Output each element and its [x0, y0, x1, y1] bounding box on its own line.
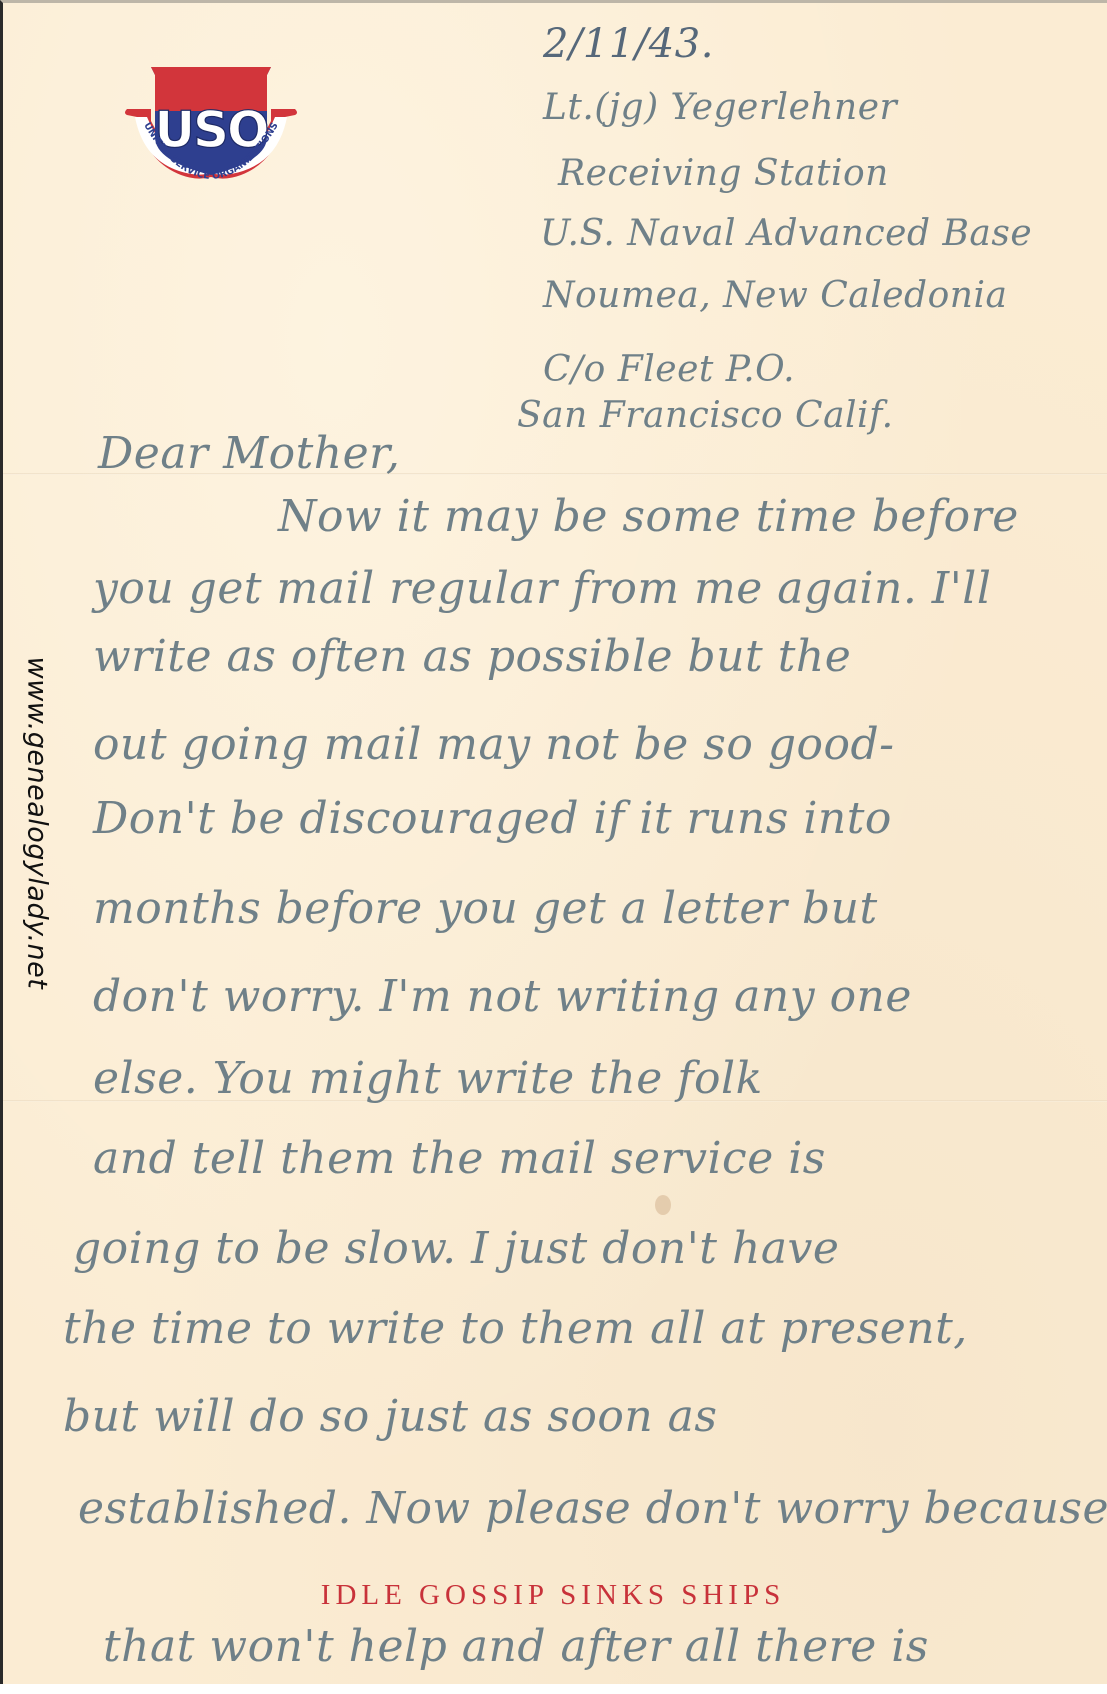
address-line: U.S. Naval Advanced Base — [540, 213, 1032, 254]
body-line: months before you get a letter but — [93, 883, 878, 934]
body-line: out going mail may not be so good- — [93, 719, 895, 770]
letter-date: 2/11/43. — [543, 21, 714, 67]
body-line: Don't be discouraged if it runs into — [93, 793, 892, 844]
salutation: Dear Mother, — [98, 428, 400, 479]
body-line: going to be slow. I just don't have — [73, 1223, 839, 1274]
body-line: write as often as possible but the — [93, 631, 851, 682]
watermark: www.genealogylady.net — [17, 673, 57, 973]
body-line: and tell them the mail service is — [93, 1133, 826, 1184]
body-line: but will do so just as soon as — [63, 1391, 717, 1442]
body-line: the time to write to them all at present… — [63, 1303, 968, 1354]
address-line: Noumea, New Caledonia — [543, 275, 1007, 316]
letter-page: USO UNITED SERVICE ORGANIZATIONS 2/11/43… — [0, 0, 1107, 1684]
uso-logo: USO UNITED SERVICE ORGANIZATIONS — [121, 65, 301, 190]
address-line: Lt.(jg) Yegerlehner — [543, 87, 897, 128]
address-line: Receiving Station — [558, 153, 889, 194]
footer-slogan: IDLE GOSSIP SINKS SHIPS — [233, 1579, 873, 1612]
body-line: Now it may be some time before — [278, 491, 1019, 542]
paper-stain — [655, 1195, 671, 1215]
address-line: C/o Fleet P.O. — [543, 349, 795, 390]
uso-shield-icon: USO UNITED SERVICE ORGANIZATIONS — [121, 65, 301, 190]
watermark-text: www.genealogylady.net — [22, 657, 53, 990]
body-line: else. You might write the folk — [93, 1053, 763, 1104]
body-line: established. Now please don't worry beca… — [78, 1483, 1107, 1534]
body-line: don't worry. I'm not writing any one — [93, 971, 912, 1022]
body-line: you get mail regular from me again. I'll — [93, 563, 991, 614]
body-line: that won't help and after all there is — [103, 1621, 929, 1672]
address-line: San Francisco Calif. — [517, 395, 894, 436]
